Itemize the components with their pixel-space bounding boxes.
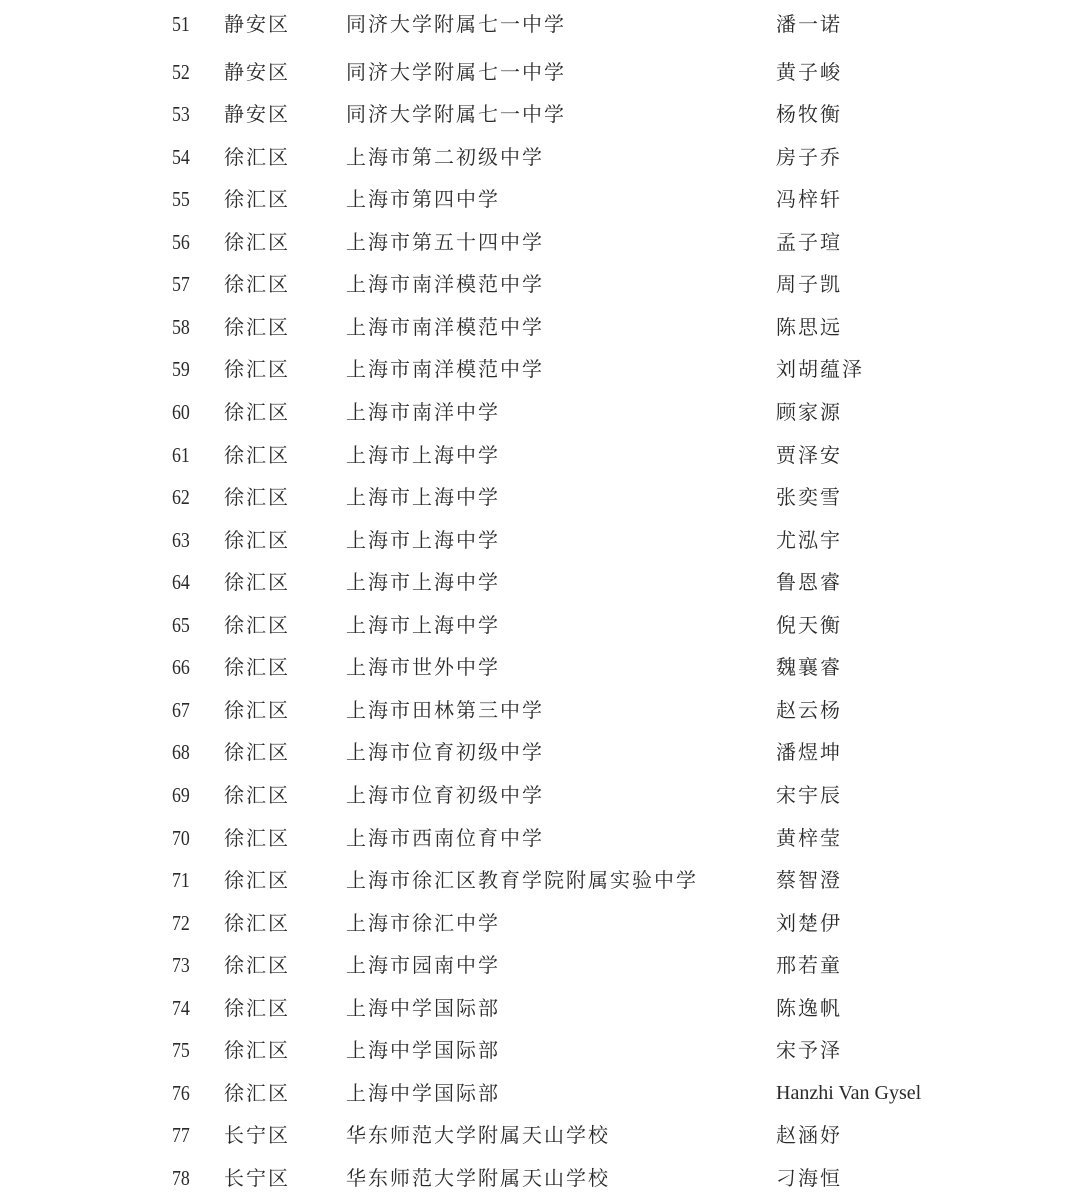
row-number: 53	[172, 96, 190, 132]
district-cell: 徐汇区	[224, 820, 290, 856]
school-cell: 上海市第五十四中学	[346, 224, 544, 260]
district-cell: 徐汇区	[224, 479, 290, 515]
district-cell: 徐汇区	[224, 351, 290, 387]
student-name-cell: 赵云杨	[776, 692, 842, 728]
row-number: 56	[172, 224, 190, 260]
table-row: 77长宁区华东师范大学附属天山学校赵涵妤	[0, 1117, 1080, 1153]
district-cell: 徐汇区	[224, 564, 290, 600]
student-name-cell: 潘煜坤	[776, 734, 842, 770]
school-cell: 上海市第二初级中学	[346, 139, 544, 175]
table-row: 58徐汇区上海市南洋模范中学陈思远	[0, 309, 1080, 345]
student-name-cell: 蔡智澄	[776, 862, 842, 898]
table-row: 72徐汇区上海市徐汇中学刘楚伊	[0, 905, 1080, 941]
student-name-cell: 黄子峻	[776, 54, 842, 90]
district-cell: 徐汇区	[224, 522, 290, 558]
student-name-cell: 鲁恩睿	[776, 564, 842, 600]
row-number: 51	[172, 6, 190, 42]
district-cell: 静安区	[224, 54, 290, 90]
table-row: 61徐汇区上海市上海中学贾泽安	[0, 437, 1080, 473]
student-name-cell: 孟子瑄	[776, 224, 842, 260]
district-cell: 徐汇区	[224, 649, 290, 685]
school-cell: 上海市上海中学	[346, 607, 500, 643]
row-number: 69	[172, 777, 190, 813]
row-number: 77	[172, 1117, 190, 1153]
row-number: 72	[172, 905, 190, 941]
school-cell: 上海中学国际部	[346, 1075, 500, 1111]
row-number: 55	[172, 181, 190, 217]
table-row: 70徐汇区上海市西南位育中学黄梓莹	[0, 820, 1080, 856]
student-name-cell: 宋宇辰	[776, 777, 842, 813]
student-name-cell: 房子乔	[776, 139, 842, 175]
student-name-cell: 贾泽安	[776, 437, 842, 473]
table-row: 76徐汇区上海中学国际部Hanzhi Van Gysel	[0, 1075, 1080, 1111]
table-row: 65徐汇区上海市上海中学倪天衡	[0, 607, 1080, 643]
student-name-cell: 陈思远	[776, 309, 842, 345]
table-row: 78长宁区华东师范大学附属天山学校刁海恒	[0, 1160, 1080, 1196]
district-cell: 徐汇区	[224, 309, 290, 345]
district-cell: 徐汇区	[224, 947, 290, 983]
district-cell: 徐汇区	[224, 734, 290, 770]
table-row: 60徐汇区上海市南洋中学顾家源	[0, 394, 1080, 430]
district-cell: 长宁区	[224, 1160, 290, 1196]
row-number: 57	[172, 266, 190, 302]
student-name-cell: 冯梓轩	[776, 181, 842, 217]
roster-table: 51静安区同济大学附属七一中学潘一诺52静安区同济大学附属七一中学黄子峻53静安…	[0, 0, 1080, 1196]
school-cell: 上海市上海中学	[346, 564, 500, 600]
district-cell: 徐汇区	[224, 266, 290, 302]
school-cell: 上海市第四中学	[346, 181, 500, 217]
table-row: 67徐汇区上海市田林第三中学赵云杨	[0, 692, 1080, 728]
district-cell: 徐汇区	[224, 181, 290, 217]
table-row: 64徐汇区上海市上海中学鲁恩睿	[0, 564, 1080, 600]
district-cell: 徐汇区	[224, 394, 290, 430]
district-cell: 徐汇区	[224, 862, 290, 898]
school-cell: 上海市南洋模范中学	[346, 309, 544, 345]
school-cell: 华东师范大学附属天山学校	[346, 1117, 610, 1153]
table-row: 59徐汇区上海市南洋模范中学刘胡蕴泽	[0, 351, 1080, 387]
row-number: 58	[172, 309, 190, 345]
row-number: 63	[172, 522, 190, 558]
table-row: 62徐汇区上海市上海中学张奕雪	[0, 479, 1080, 515]
table-row: 51静安区同济大学附属七一中学潘一诺	[0, 6, 1080, 42]
row-number: 73	[172, 947, 190, 983]
school-cell: 上海市南洋模范中学	[346, 266, 544, 302]
district-cell: 徐汇区	[224, 437, 290, 473]
row-number: 68	[172, 734, 190, 770]
student-name-cell: 倪天衡	[776, 607, 842, 643]
table-row: 69徐汇区上海市位育初级中学宋宇辰	[0, 777, 1080, 813]
student-name-cell: Hanzhi Van Gysel	[776, 1075, 921, 1111]
row-number: 74	[172, 990, 190, 1026]
district-cell: 徐汇区	[224, 777, 290, 813]
district-cell: 徐汇区	[224, 139, 290, 175]
student-name-cell: 刘胡蕴泽	[776, 351, 864, 387]
school-cell: 上海市世外中学	[346, 649, 500, 685]
table-row: 52静安区同济大学附属七一中学黄子峻	[0, 54, 1080, 90]
student-name-cell: 顾家源	[776, 394, 842, 430]
school-cell: 上海市徐汇区教育学院附属实验中学	[346, 862, 698, 898]
district-cell: 静安区	[224, 96, 290, 132]
district-cell: 徐汇区	[224, 224, 290, 260]
student-name-cell: 宋予泽	[776, 1032, 842, 1068]
school-cell: 上海市西南位育中学	[346, 820, 544, 856]
student-name-cell: 尤泓宇	[776, 522, 842, 558]
student-name-cell: 潘一诺	[776, 6, 842, 42]
row-number: 52	[172, 54, 190, 90]
student-name-cell: 周子凯	[776, 266, 842, 302]
school-cell: 上海市徐汇中学	[346, 905, 500, 941]
row-number: 66	[172, 649, 190, 685]
school-cell: 上海市田林第三中学	[346, 692, 544, 728]
district-cell: 徐汇区	[224, 990, 290, 1026]
table-row: 53静安区同济大学附属七一中学杨牧衡	[0, 96, 1080, 132]
table-row: 55徐汇区上海市第四中学冯梓轩	[0, 181, 1080, 217]
table-row: 73徐汇区上海市园南中学邢若童	[0, 947, 1080, 983]
table-row: 71徐汇区上海市徐汇区教育学院附属实验中学蔡智澄	[0, 862, 1080, 898]
school-cell: 上海市南洋模范中学	[346, 351, 544, 387]
student-name-cell: 刘楚伊	[776, 905, 842, 941]
school-cell: 同济大学附属七一中学	[346, 54, 566, 90]
district-cell: 徐汇区	[224, 692, 290, 728]
row-number: 61	[172, 437, 190, 473]
student-name-cell: 陈逸帆	[776, 990, 842, 1026]
row-number: 59	[172, 351, 190, 387]
table-row: 56徐汇区上海市第五十四中学孟子瑄	[0, 224, 1080, 260]
row-number: 64	[172, 564, 190, 600]
school-cell: 上海市上海中学	[346, 479, 500, 515]
district-cell: 静安区	[224, 6, 290, 42]
school-cell: 上海市南洋中学	[346, 394, 500, 430]
row-number: 70	[172, 820, 190, 856]
district-cell: 徐汇区	[224, 1032, 290, 1068]
school-cell: 上海市上海中学	[346, 522, 500, 558]
table-row: 63徐汇区上海市上海中学尤泓宇	[0, 522, 1080, 558]
table-row: 74徐汇区上海中学国际部陈逸帆	[0, 990, 1080, 1026]
school-cell: 同济大学附属七一中学	[346, 96, 566, 132]
table-row: 68徐汇区上海市位育初级中学潘煜坤	[0, 734, 1080, 770]
table-row: 54徐汇区上海市第二初级中学房子乔	[0, 139, 1080, 175]
table-row: 57徐汇区上海市南洋模范中学周子凯	[0, 266, 1080, 302]
student-name-cell: 黄梓莹	[776, 820, 842, 856]
school-cell: 上海中学国际部	[346, 990, 500, 1026]
table-row: 66徐汇区上海市世外中学魏襄睿	[0, 649, 1080, 685]
district-cell: 徐汇区	[224, 905, 290, 941]
row-number: 78	[172, 1160, 190, 1196]
student-name-cell: 刁海恒	[776, 1160, 842, 1196]
row-number: 62	[172, 479, 190, 515]
school-cell: 华东师范大学附属天山学校	[346, 1160, 610, 1196]
student-name-cell: 杨牧衡	[776, 96, 842, 132]
school-cell: 上海市位育初级中学	[346, 777, 544, 813]
table-row: 75徐汇区上海中学国际部宋予泽	[0, 1032, 1080, 1068]
row-number: 76	[172, 1075, 190, 1111]
row-number: 71	[172, 862, 190, 898]
school-cell: 上海市位育初级中学	[346, 734, 544, 770]
school-cell: 上海中学国际部	[346, 1032, 500, 1068]
district-cell: 徐汇区	[224, 1075, 290, 1111]
school-cell: 同济大学附属七一中学	[346, 6, 566, 42]
district-cell: 徐汇区	[224, 607, 290, 643]
row-number: 67	[172, 692, 190, 728]
student-name-cell: 赵涵妤	[776, 1117, 842, 1153]
row-number: 60	[172, 394, 190, 430]
row-number: 65	[172, 607, 190, 643]
school-cell: 上海市上海中学	[346, 437, 500, 473]
student-name-cell: 邢若童	[776, 947, 842, 983]
district-cell: 长宁区	[224, 1117, 290, 1153]
school-cell: 上海市园南中学	[346, 947, 500, 983]
row-number: 54	[172, 139, 190, 175]
student-name-cell: 魏襄睿	[776, 649, 842, 685]
student-name-cell: 张奕雪	[776, 479, 842, 515]
row-number: 75	[172, 1032, 190, 1068]
